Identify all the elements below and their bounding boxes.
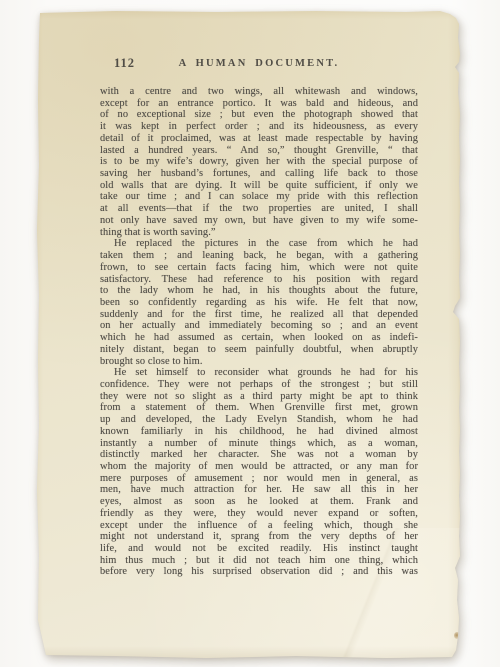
- text-line: except for an entrance portico. It was b…: [100, 98, 418, 110]
- text-line: satisfactory. These had reference to his…: [100, 274, 418, 286]
- text-line: suddenly and for the first time, he real…: [100, 309, 418, 321]
- text-line: confidence. They were not perhaps of the…: [100, 379, 418, 391]
- text-line: detail of it proclaimed, was at least ma…: [100, 133, 418, 145]
- text-line: old walls that are dying. It will be qui…: [100, 180, 418, 192]
- text-line: not only have saved my own, but have giv…: [100, 215, 418, 227]
- text-line: which he had assumed as certain, when lo…: [100, 332, 418, 344]
- text-line: frown, to see certain facts facing him, …: [100, 262, 418, 274]
- text-line: been so confidently regarding as his wif…: [100, 297, 418, 309]
- text-line: with a centre and two wings, all whitewa…: [100, 86, 418, 98]
- scan-backdrop: 112 A HUMAN DOCUMENT. with a centre and …: [0, 0, 500, 667]
- text-line: thing that is worth saving.”: [100, 227, 418, 239]
- text-line: mere purposes of amusement ; nor would m…: [100, 473, 418, 485]
- text-line: He set himself to reconsider what ground…: [100, 367, 418, 379]
- text-line: at all events—that if the two properties…: [100, 203, 418, 215]
- text-line: brought so close to him.: [100, 356, 418, 368]
- page-shadow-wrap: 112 A HUMAN DOCUMENT. with a centre and …: [0, 0, 500, 667]
- text-line: life, and would not be excited readily. …: [100, 543, 418, 555]
- text-line: nitely distant, began to seem painfully …: [100, 344, 418, 356]
- text-line: lasted a hundred years. “ And so,” thoug…: [100, 145, 418, 157]
- text-line: they were not so slight as a third party…: [100, 391, 418, 403]
- text-line: to the lady whom he had, in his thoughts…: [100, 285, 418, 297]
- text-line: except under the influence of a feeling …: [100, 520, 418, 532]
- foxing-spot: [454, 632, 460, 639]
- book-page: 112 A HUMAN DOCUMENT. with a centre and …: [36, 10, 463, 658]
- text-line: He replaced the pictures in the case fro…: [100, 238, 418, 250]
- text-line: on her actually and immediately becoming…: [100, 320, 418, 332]
- page-body: with a centre and two wings, all whitewa…: [100, 86, 418, 578]
- text-line: is to be my wife’s dowry, given her with…: [100, 156, 418, 168]
- text-line: take our time ; and I can solace my prid…: [100, 191, 418, 203]
- text-line: it was kept in perfect order ; and its h…: [100, 121, 418, 133]
- running-title: A HUMAN DOCUMENT.: [100, 58, 418, 69]
- text-line: up and developed, the Lady Evelyn Standi…: [100, 414, 418, 426]
- text-line: distinctly marked her character. She was…: [100, 449, 418, 461]
- text-line: him thus much ; but it did not teach him…: [100, 555, 418, 567]
- text-line: known familiarly in his childhood, he ha…: [100, 426, 418, 438]
- text-line: taken them ; and leaning back, he began,…: [100, 250, 418, 262]
- text-line: saving her husband’s fortunes, and calli…: [100, 168, 418, 180]
- text-line: friendly as they were, they would never …: [100, 508, 418, 520]
- text-line: might not understand it, sprang from the…: [100, 531, 418, 543]
- text-line: whom the majority of men would be attrac…: [100, 461, 418, 473]
- text-line: men, have much attraction for her. He sa…: [100, 484, 418, 496]
- page-header: 112 A HUMAN DOCUMENT.: [100, 56, 418, 72]
- text-line: of no exceptional size ; but even the ph…: [100, 109, 418, 121]
- text-line: instantly a number of minute things whic…: [100, 438, 418, 450]
- text-line: eyes, almost as soon as he looked at the…: [100, 496, 418, 508]
- text-line: before very long his surprised observati…: [100, 566, 418, 578]
- text-line: from a statement of them. When Grenville…: [100, 402, 418, 414]
